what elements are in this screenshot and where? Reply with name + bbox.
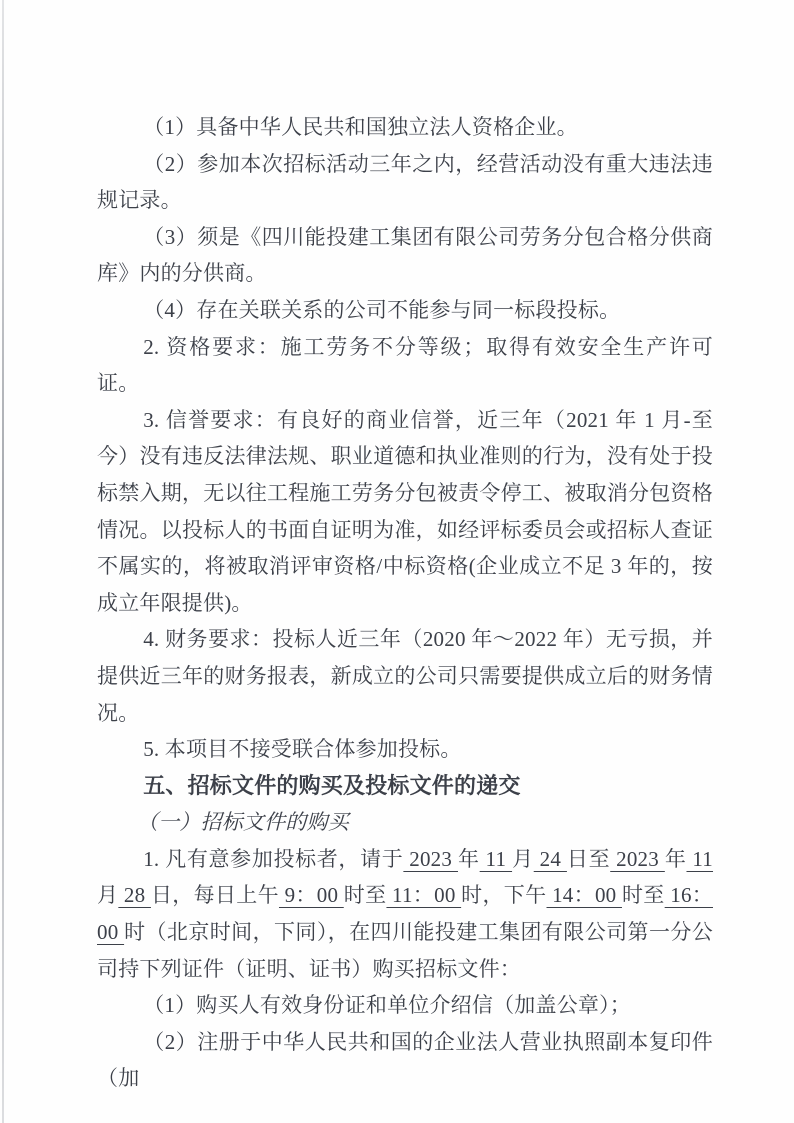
text-segment: 时至 — [344, 883, 387, 907]
clause-item: （2）参加本次招标活动三年之内，经营活动没有重大违法违规记录。 — [97, 146, 713, 219]
text-segment: 月 — [97, 883, 118, 907]
clause-item: 2. 资格要求：施工劳务不分等级；取得有效安全生产许可证。 — [97, 329, 713, 402]
text-segment: 年 — [665, 847, 687, 871]
clause-item: （1）具备中华人民共和国独立法人资格企业。 — [97, 109, 713, 146]
text-segment: 时（北京时间，下同），在四川能投建工集团有限公司第一分公司持下列证件（证明、证书… — [97, 920, 713, 981]
text-segment: 月 — [512, 847, 534, 871]
underlined-value: 9：00 — [279, 883, 344, 907]
underlined-value: 2023 — [403, 847, 458, 871]
underlined-value: 11 — [480, 847, 512, 871]
clause-item: 5. 本项目不接受联合体参加投标。 — [97, 731, 713, 768]
subsection-heading: （一）招标文件的购买 — [97, 804, 713, 841]
underlined-value: 28 — [118, 883, 151, 907]
scan-edge-artifact — [2, 0, 4, 1123]
underlined-value: 11 — [686, 847, 713, 871]
document-body: （1）具备中华人民共和国独立法人资格企业。 （2）参加本次招标活动三年之内，经营… — [97, 109, 713, 1097]
clause-item: （3）须是《四川能投建工集团有限公司劳务分包合格分供商库》内的分供商。 — [97, 219, 713, 292]
section-heading: 五、招标文件的购买及投标文件的递交 — [97, 768, 713, 805]
text-segment: 日至 — [567, 847, 610, 871]
text-segment: 1. 凡有意参加投标者，请于 — [143, 847, 403, 871]
clause-item: 4. 财务要求：投标人近三年（2020 年～2022 年）无亏损，并提供近三年的… — [97, 621, 713, 731]
text-segment: 年 — [458, 847, 480, 871]
purchase-item: （2）注册于中华人民共和国的企业法人营业执照副本复印件（加 — [97, 1024, 713, 1097]
underlined-value: 24 — [534, 847, 567, 871]
underlined-value: 11：00 — [386, 883, 461, 907]
underlined-value: 2023 — [610, 847, 665, 871]
clause-item: 3. 信誉要求：有良好的商业信誉，近三年（2021 年 1 月-至今）没有违反法… — [97, 402, 713, 622]
purchase-item: （1）购买人有效身份证和单位介绍信（加盖公章）； — [97, 987, 713, 1024]
text-segment: 时至 — [622, 883, 665, 907]
purchase-paragraph: 1. 凡有意参加投标者，请于 2023 年 11 月 24 日至 2023 年 … — [97, 841, 713, 987]
document-page: （1）具备中华人民共和国独立法人资格企业。 （2）参加本次招标活动三年之内，经营… — [0, 0, 794, 1123]
underlined-value: 14：00 — [547, 883, 622, 907]
text-segment: 日，每日上午 — [151, 883, 279, 907]
text-segment: 时，下午 — [461, 883, 546, 907]
clause-item: （4）存在关联关系的公司不能参与同一标段投标。 — [97, 292, 713, 329]
